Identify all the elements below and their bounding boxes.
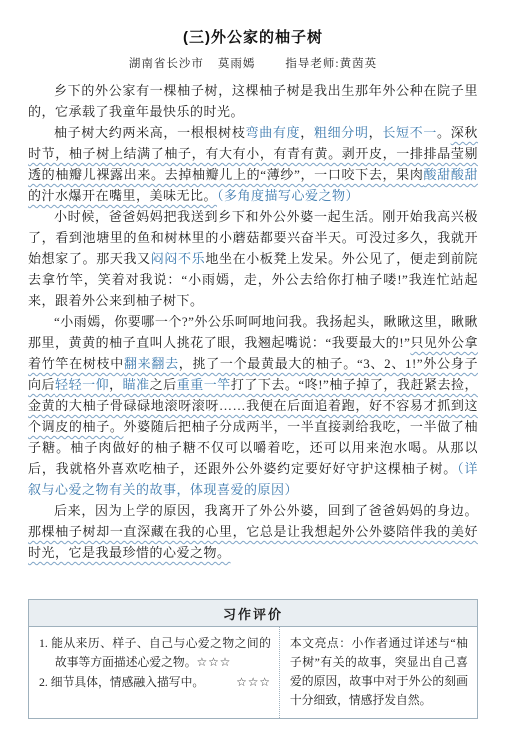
teacher-annotation: （多角度描写心爱之物） [217, 188, 359, 203]
essay-title: (三)外公家的柚子树 [28, 26, 478, 47]
evaluation-highlight: 本文亮点：小作者通过详述与“柚子树”有关的故事，突显出自己喜爱的原因，故事中对于… [280, 627, 477, 718]
essay-paragraph: 柚子树大约两米高，一根根树枝弯曲有度，粗细分明，长短不一。深秋时节，柚子树上结满… [28, 122, 478, 206]
essay-paragraph: 小时候，爸爸妈妈把我送到乡下和外公外婆一起生活。刚开始我高兴极了，看到池塘里的鱼… [28, 206, 478, 311]
evaluation-criteria: 1. 能从来历、样子、自己与心爱之物之间的故事等方面描述心爱之物。☆☆☆ 2. … [29, 627, 280, 718]
byline-location: 湖南省长沙市 [129, 55, 204, 71]
essay-text-run: ， [109, 377, 123, 392]
document-page: (三)外公家的柚子树 湖南省长沙市 莫雨嫣 指导老师:黄茵英 乡下的外公家有一棵… [0, 0, 505, 735]
essay-text-run: 翻来翻去 [124, 356, 179, 371]
essay-text-run: 轻轻一仰 [55, 377, 109, 392]
essay-text-run: 长短不一 [382, 125, 437, 140]
essay-paragraph: 乡下的外公家有一棵柚子树，这棵柚子树是我出生那年外公种在院子里的，它承载了我童年… [28, 80, 478, 122]
byline-author: 莫雨嫣 [218, 55, 256, 71]
essay-text-run: 重重一竿 [177, 377, 231, 392]
star-rating: ☆☆☆ [197, 655, 232, 669]
byline: 湖南省长沙市 莫雨嫣 指导老师:黄茵英 [28, 55, 478, 71]
essay-text-run: 粗细分明 [314, 125, 369, 140]
essay-paragraph: 后来，因为上学的原因，我离开了外公外婆，回到了爸爸妈妈的身边。那棵柚子树却一直深… [28, 500, 478, 563]
evaluation-body: 1. 能从来历、样子、自己与心爱之物之间的故事等方面描述心爱之物。☆☆☆ 2. … [29, 627, 477, 718]
essay-text-run: ， [300, 125, 314, 140]
essay-text-run: ， [369, 125, 383, 140]
essay-text-run: 后来，因为上学的原因，我离开了外公外婆，回到了爸爸妈妈的身边。 [54, 503, 478, 518]
essay-text-run: 瞄准 [123, 377, 150, 392]
byline-teacher: 指导老师:黄茵英 [285, 55, 377, 71]
essay-text-run: 之后 [150, 377, 177, 392]
evaluation-header: 习作评价 [29, 600, 477, 627]
essay-body: 乡下的外公家有一棵柚子树，这棵柚子树是我出生那年外公种在院子里的，它承载了我童年… [28, 80, 478, 563]
essay-text-run: 那棵柚子树却一直深藏在我的心里，它总是让我想起外公外婆陪伴我的美好时光，它是我最… [28, 524, 478, 560]
criteria-item-2-text: 2. 细节具体，情感融入描写中。 [39, 675, 204, 689]
essay-text-run: 柚子树大约两米高，一根根树枝 [54, 125, 246, 140]
criteria-item-1-text: 1. 能从来历、样子、自己与心爱之物之间的故事等方面描述心爱之物。 [39, 636, 271, 669]
essay-text-run: 。 [437, 125, 451, 140]
essay-text-run: 弯曲有度 [246, 125, 301, 140]
essay-text-run: 酸甜酸甜 [423, 167, 478, 182]
star-rating: ☆☆☆ [252, 673, 271, 692]
evaluation-box: 习作评价 1. 能从来历、样子、自己与心爱之物之间的故事等方面描述心爱之物。☆☆… [28, 599, 478, 719]
criteria-item-2: 2. 细节具体，情感融入描写中。☆☆☆ [39, 673, 271, 692]
essay-paragraph: “小雨嫣，你要哪一个?”外公乐呵呵地问我。我扬起头，瞅瞅这里，瞅瞅那里，黄黄的柚… [28, 311, 478, 500]
criteria-item-1: 1. 能从来历、样子、自己与心爱之物之间的故事等方面描述心爱之物。☆☆☆ [39, 634, 271, 672]
essay-text-run: 闷闷不乐 [151, 251, 206, 266]
essay-text-run: 乡下的外公家有一棵柚子树，这棵柚子树是我出生那年外公种在院子里的，它承载了我童年… [28, 83, 478, 119]
essay-text-run: 的汁水爆开在嘴里，美味无比。 [28, 188, 217, 203]
